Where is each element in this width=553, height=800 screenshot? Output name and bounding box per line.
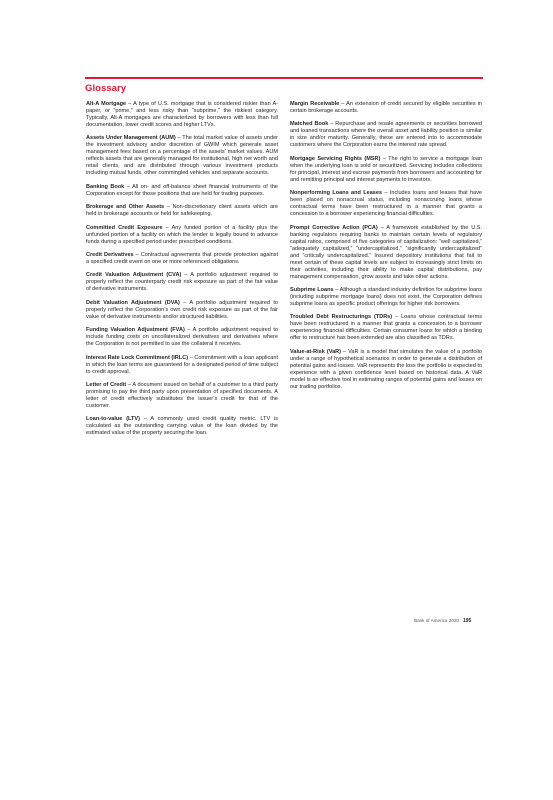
- glossary-term: Mortgage Servicing Rights (MSR): [290, 156, 380, 162]
- glossary-entry: Funding Valuation Adjustment (FVA) – A p…: [86, 327, 278, 348]
- glossary-entry: Subprime Loans – Although a standard ind…: [290, 287, 482, 308]
- glossary-entry: Matched Book – Repurchase and resale agr…: [290, 121, 482, 149]
- glossary-entry: Credit Valuation Adjustment (CVA) – A po…: [86, 272, 278, 293]
- glossary-term: Funding Valuation Adjustment (FVA): [86, 327, 185, 333]
- glossary-entry: Nonperforming Loans and Leases – Include…: [290, 190, 482, 218]
- glossary-term: Committed Credit Exposure: [86, 225, 163, 231]
- publication-name: Bank of America 2020: [414, 618, 459, 623]
- glossary-entry: Credit Derivatives – Contractual agreeme…: [86, 252, 278, 266]
- glossary-term: Prompt Corrective Action (PCA): [290, 225, 378, 231]
- glossary-term: Letter of Credit: [86, 382, 126, 388]
- glossary-term: Brokerage and Other Assets: [86, 204, 164, 210]
- glossary-entry: Value-at-Risk (VaR) – VaR is a model tha…: [290, 349, 482, 391]
- glossary-entry: Loan-to-value (LTV) – A commonly used cr…: [86, 416, 278, 437]
- glossary-term: Matched Book: [290, 121, 328, 127]
- glossary-term: Margin Receivable: [290, 101, 339, 107]
- glossary-entry: Alt-A Mortgage – A type of U.S. mortgage…: [86, 101, 278, 129]
- header-rule: [85, 77, 483, 79]
- glossary-entry: Assets Under Management (AUM) – The tota…: [86, 135, 278, 177]
- glossary-term: Interest Rate Lock Commitment (IRLC): [86, 355, 188, 361]
- glossary-term: Credit Derivatives: [86, 252, 134, 258]
- glossary-entry: Committed Credit Exposure – Any funded p…: [86, 225, 278, 246]
- glossary-left-column: Alt-A Mortgage – A type of U.S. mortgage…: [86, 101, 278, 444]
- glossary-entry: Troubled Debt Restructurings (TDRs) – Lo…: [290, 314, 482, 342]
- glossary-entry: Debit Valuation Adjustment (DVA) – A por…: [86, 300, 278, 321]
- glossary-term: Alt-A Mortgage: [86, 101, 126, 107]
- glossary-entry: Mortgage Servicing Rights (MSR) – The ri…: [290, 156, 482, 184]
- glossary-term: Credit Valuation Adjustment (CVA): [86, 272, 181, 278]
- glossary-entry: Banking Book – All on- and off-balance s…: [86, 184, 278, 198]
- glossary-entry: Prompt Corrective Action (PCA) – A frame…: [290, 225, 482, 281]
- page-footer: Bank of America 2020195: [414, 618, 471, 624]
- glossary-term: Value-at-Risk (VaR): [290, 349, 341, 355]
- page-title: Glossary: [85, 83, 126, 94]
- glossary-term: Banking Book: [86, 184, 124, 190]
- glossary-entry: Letter of Credit – A document issued on …: [86, 382, 278, 410]
- glossary-term: Nonperforming Loans and Leases: [290, 190, 382, 196]
- glossary-term: Debit Valuation Adjustment (DVA): [86, 300, 180, 306]
- glossary-entry: Margin Receivable – An extension of cred…: [290, 101, 482, 115]
- glossary-definition: – A framework established by the U.S. ba…: [290, 225, 482, 280]
- glossary-entry: Interest Rate Lock Commitment (IRLC) – C…: [86, 355, 278, 376]
- glossary-term: Subprime Loans: [290, 287, 334, 293]
- page-number: 195: [463, 618, 471, 624]
- glossary-right-column: Margin Receivable – An extension of cred…: [290, 101, 482, 397]
- glossary-definition: – VaR is a model that simulates the valu…: [290, 349, 482, 390]
- glossary-term: Troubled Debt Restructurings (TDRs): [290, 314, 392, 320]
- glossary-term: Assets Under Management (AUM): [86, 135, 176, 141]
- glossary-entry: Brokerage and Other Assets – Non-discret…: [86, 204, 278, 218]
- glossary-term: Loan-to-value (LTV): [86, 416, 140, 422]
- glossary-definition: – The total market value of assets under…: [86, 135, 278, 176]
